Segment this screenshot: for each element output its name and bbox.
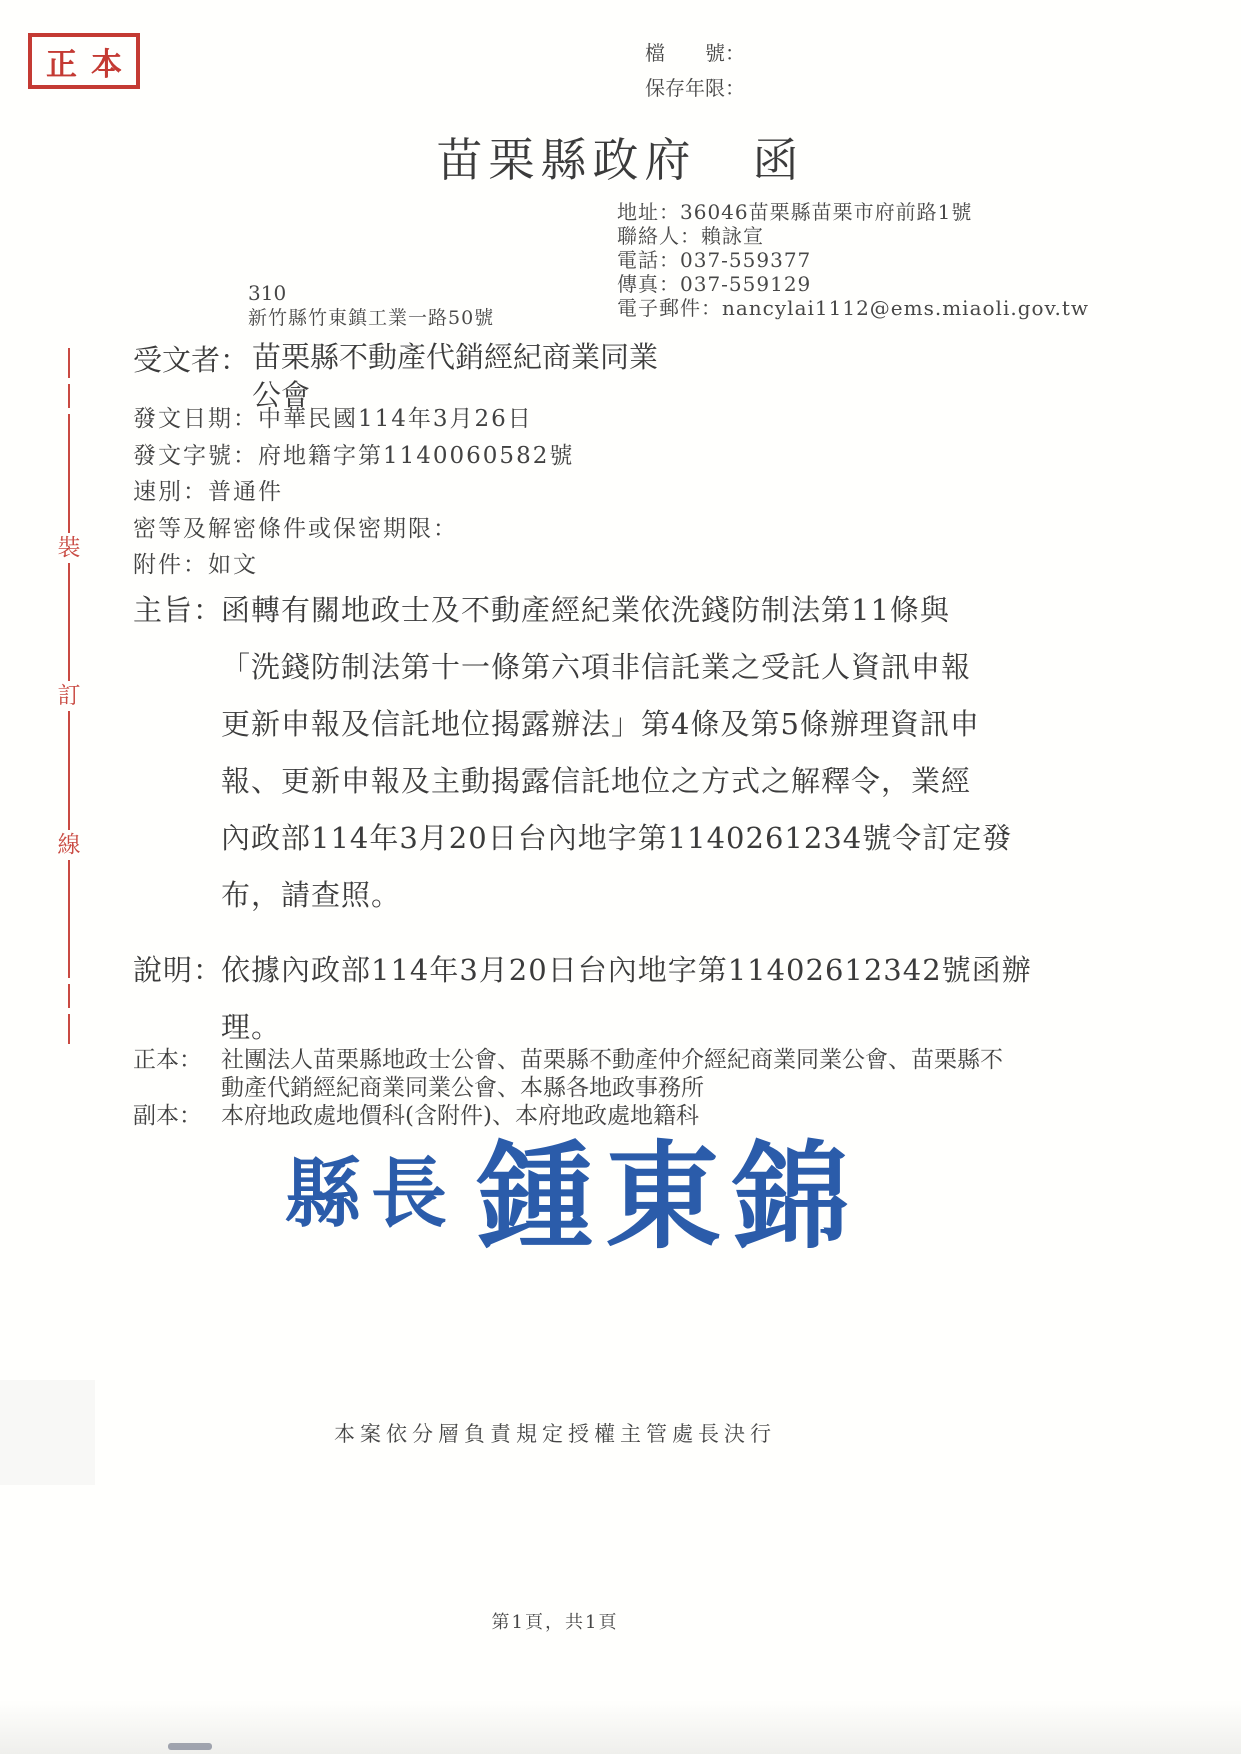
binding-line-segment: [68, 1014, 70, 1044]
signature-title: 縣長: [285, 1133, 457, 1242]
document-type-label: 函: [753, 124, 805, 190]
binding-line: 裝 訂 線: [56, 348, 82, 1044]
sender-address: 地址：36046苗栗縣苗栗市府前路1號: [617, 200, 1089, 224]
binding-line-segment: [68, 860, 70, 979]
sender-email: 電子郵件：nancylai1112@ems.miaoli.gov.tw: [617, 296, 1089, 320]
signature-name: 鍾東錦: [477, 1104, 861, 1271]
document-title: 苗栗縣政府 函: [0, 124, 1241, 190]
original-copy-stamp: 正本: [28, 33, 140, 89]
retention-period-label: 保存年限：: [645, 71, 745, 106]
sender-phone: 電話：037-559377: [617, 248, 1089, 272]
original-recipients-block: 正本： 社團法人苗栗縣地政士公會、苗栗縣不動產仲介經紀商業同業公會、苗栗縣不動產…: [133, 1046, 1113, 1102]
recipient-street-address: 新竹縣竹東鎮工業一路50號: [248, 303, 494, 330]
binding-line-segment: [68, 711, 70, 830]
binding-line-segment: [68, 563, 70, 682]
subject-text: 函轉有關地政士及不動產經紀業依洗錢防制法第11條與「洗錢防制法第十一條第六項非信…: [221, 582, 1133, 924]
issuing-agency-name: 苗栗縣政府: [437, 124, 697, 190]
file-number-label: 檔 號：: [645, 36, 745, 71]
original-recipients-text: 社團法人苗栗縣地政士公會、苗栗縣不動產仲介經紀商業同業公會、苗栗縣不動產代銷經紀…: [221, 1046, 1113, 1102]
recipient-postal-code: 310: [248, 281, 286, 305]
explanation-text: 依據內政部114年3月20日台內地字第11402612342號函辦理。: [221, 942, 1133, 1056]
sender-fax: 傳真：037-559129: [617, 272, 1089, 296]
scan-artifact-band: [0, 1380, 95, 1485]
explanation-label: 說明：: [133, 942, 223, 999]
sender-contact-block: 地址：36046苗栗縣苗栗市府前路1號 聯絡人：賴詠宣 電話：037-55937…: [617, 200, 1089, 320]
page-footer: 第1頁，共1頁: [0, 1608, 1110, 1634]
original-recipients-label: 正本：: [133, 1046, 202, 1074]
file-header: 檔 號： 保存年限：: [645, 36, 745, 106]
binding-char-xian: 線: [58, 832, 81, 858]
document-meta-rows: 發文日期：中華民國114年3月26日發文字號：府地籍字第1140060582號速…: [133, 401, 574, 584]
sender-contact-person: 聯絡人：賴詠宣: [617, 224, 1089, 248]
scan-artifact-mark: [168, 1743, 212, 1750]
binding-char-zhuang: 裝: [58, 535, 81, 561]
subject-section: 主旨： 函轉有關地政士及不動產經紀業依洗錢防制法第11條與「洗錢防制法第十一條第…: [133, 582, 1133, 924]
cc-recipients-label: 副本：: [133, 1102, 202, 1130]
explanation-section: 說明： 依據內政部114年3月20日台內地字第11402612342號函辦理。: [133, 942, 1133, 1056]
binding-line-segment: [68, 384, 70, 408]
binding-line-segment: [68, 984, 70, 1008]
document-page: 正本 檔 號： 保存年限： 苗栗縣政府 函 地址：36046苗栗縣苗栗市府前路1…: [0, 0, 1241, 1754]
recipient-label: 受文者：: [133, 338, 249, 379]
binding-line-segment: [68, 414, 70, 533]
original-copy-stamp-label: 正本: [46, 39, 136, 84]
authorization-note: 本案依分層負責規定授權主管處長決行: [0, 1418, 1110, 1448]
magistrate-signature-stamp: 縣長 鍾東錦: [285, 1112, 861, 1262]
binding-line-segment: [68, 348, 70, 378]
subject-label: 主旨：: [133, 582, 223, 639]
binding-char-ding: 訂: [58, 683, 81, 709]
